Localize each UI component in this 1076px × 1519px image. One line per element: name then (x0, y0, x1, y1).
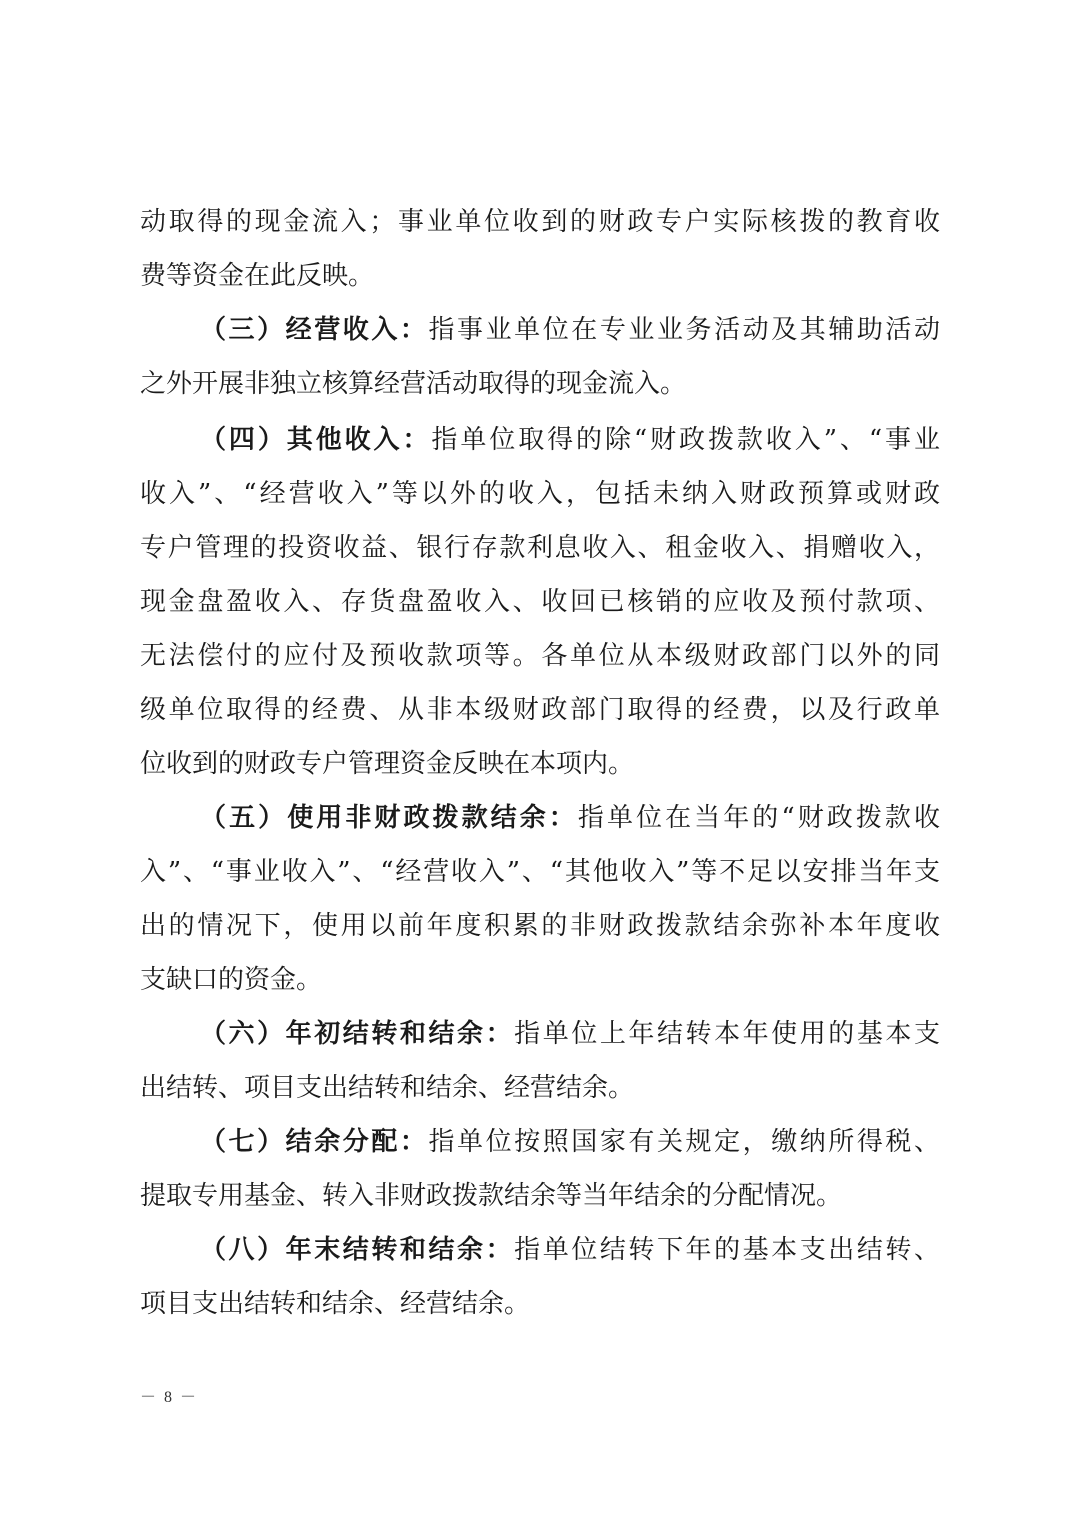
text-line: 出的情况下，使用以前年度积累的非财政拨款结余弥补本年度收 (140, 906, 940, 946)
line-text: 指单位按照国家有关规定，缴纳所得税、 (428, 1127, 940, 1157)
line-text: 级单位取得的经费、从非本级财政部门取得的经费，以及行政单 (140, 695, 940, 725)
text-line: 提取专用基金、转入非财政拨款结余等当年结余的分配情况。 (140, 1176, 940, 1216)
document-page: 动取得的现金流入；事业单位收到的财政专户实际核拨的教育收费等资金在此反映。（三）… (0, 0, 1076, 1519)
line-text: 项目支出结转和结余、经营结余。 (140, 1289, 530, 1319)
text-line: （三）经营收入：指事业单位在专业业务活动及其辅助活动 (200, 310, 940, 350)
text-line: （八）年末结转和结余：指单位结转下年的基本支出结转、 (200, 1230, 940, 1270)
text-line: 收入”、“经营收入”等以外的收入，包括未纳入财政预算或财政 (140, 474, 940, 514)
line-text: 之外开展非独立核算经营活动取得的现金流入。 (140, 369, 686, 399)
text-line: 出结转、项目支出结转和结余、经营结余。 (140, 1068, 940, 1108)
text-line: 支缺口的资金。 (140, 960, 940, 1000)
text-line: 项目支出结转和结余、经营结余。 (140, 1284, 940, 1324)
text-line: 专户管理的投资收益、银行存款利息收入、租金收入、捐赠收入， (140, 528, 940, 568)
text-line: （四）其他收入：指单位取得的除“财政拨款收入”、“事业 (200, 420, 940, 460)
line-text: 动取得的现金流入；事业单位收到的财政专户实际核拨的教育收 (140, 207, 940, 237)
line-text: 指单位结转下年的基本支出结转、 (514, 1235, 940, 1265)
text-line: 位收到的财政专户管理资金反映在本项内。 (140, 744, 940, 784)
line-text: 无法偿付的应付及预收款项等。各单位从本级财政部门以外的同 (140, 641, 940, 671)
line-text: 收入”、“经营收入”等以外的收入，包括未纳入财政预算或财政 (140, 479, 940, 509)
line-text: 提取专用基金、转入非财政拨款结余等当年结余的分配情况。 (140, 1181, 842, 1211)
line-text: 出的情况下，使用以前年度积累的非财政拨款结余弥补本年度收 (140, 911, 940, 941)
page-number: － 8 － (140, 1384, 198, 1407)
text-line: 之外开展非独立核算经营活动取得的现金流入。 (140, 364, 940, 404)
section-heading: （七）结余分配： (200, 1127, 428, 1157)
line-text: 指事业单位在专业业务活动及其辅助活动 (428, 315, 940, 345)
line-text: 指单位上年结转本年使用的基本支 (514, 1019, 940, 1049)
line-text: 专户管理的投资收益、银行存款利息收入、租金收入、捐赠收入， (140, 533, 940, 563)
section-heading: （五）使用非财政拨款结余： (200, 803, 578, 833)
text-line: 现金盘盈收入、存货盘盈收入、收回已核销的应收及预付款项、 (140, 582, 940, 622)
section-heading: （八）年末结转和结余： (200, 1235, 514, 1265)
line-text: 出结转、项目支出结转和结余、经营结余。 (140, 1073, 634, 1103)
line-text: 支缺口的资金。 (140, 965, 322, 995)
line-text: 位收到的财政专户管理资金反映在本项内。 (140, 749, 634, 779)
text-line: 级单位取得的经费、从非本级财政部门取得的经费，以及行政单 (140, 690, 940, 730)
section-heading: （六）年初结转和结余： (200, 1019, 514, 1049)
line-text: 费等资金在此反映。 (140, 261, 374, 291)
section-heading: （四）其他收入： (200, 425, 431, 455)
line-text: 指单位在当年的“财政拨款收 (578, 803, 940, 833)
line-text: 指单位取得的除“财政拨款收入”、“事业 (431, 425, 940, 455)
text-line: 无法偿付的应付及预收款项等。各单位从本级财政部门以外的同 (140, 636, 940, 676)
text-line: 动取得的现金流入；事业单位收到的财政专户实际核拨的教育收 (140, 202, 940, 242)
text-line: 费等资金在此反映。 (140, 256, 940, 296)
line-text: 入”、“事业收入”、“经营收入”、“其他收入”等不足以安排当年支 (140, 857, 940, 887)
text-line: （七）结余分配：指单位按照国家有关规定，缴纳所得税、 (200, 1122, 940, 1162)
text-line: （五）使用非财政拨款结余：指单位在当年的“财政拨款收 (200, 798, 940, 838)
section-heading: （三）经营收入： (200, 315, 428, 345)
line-text: 现金盘盈收入、存货盘盈收入、收回已核销的应收及预付款项、 (140, 587, 940, 617)
text-line: 入”、“事业收入”、“经营收入”、“其他收入”等不足以安排当年支 (140, 852, 940, 892)
text-line: （六）年初结转和结余：指单位上年结转本年使用的基本支 (200, 1014, 940, 1054)
